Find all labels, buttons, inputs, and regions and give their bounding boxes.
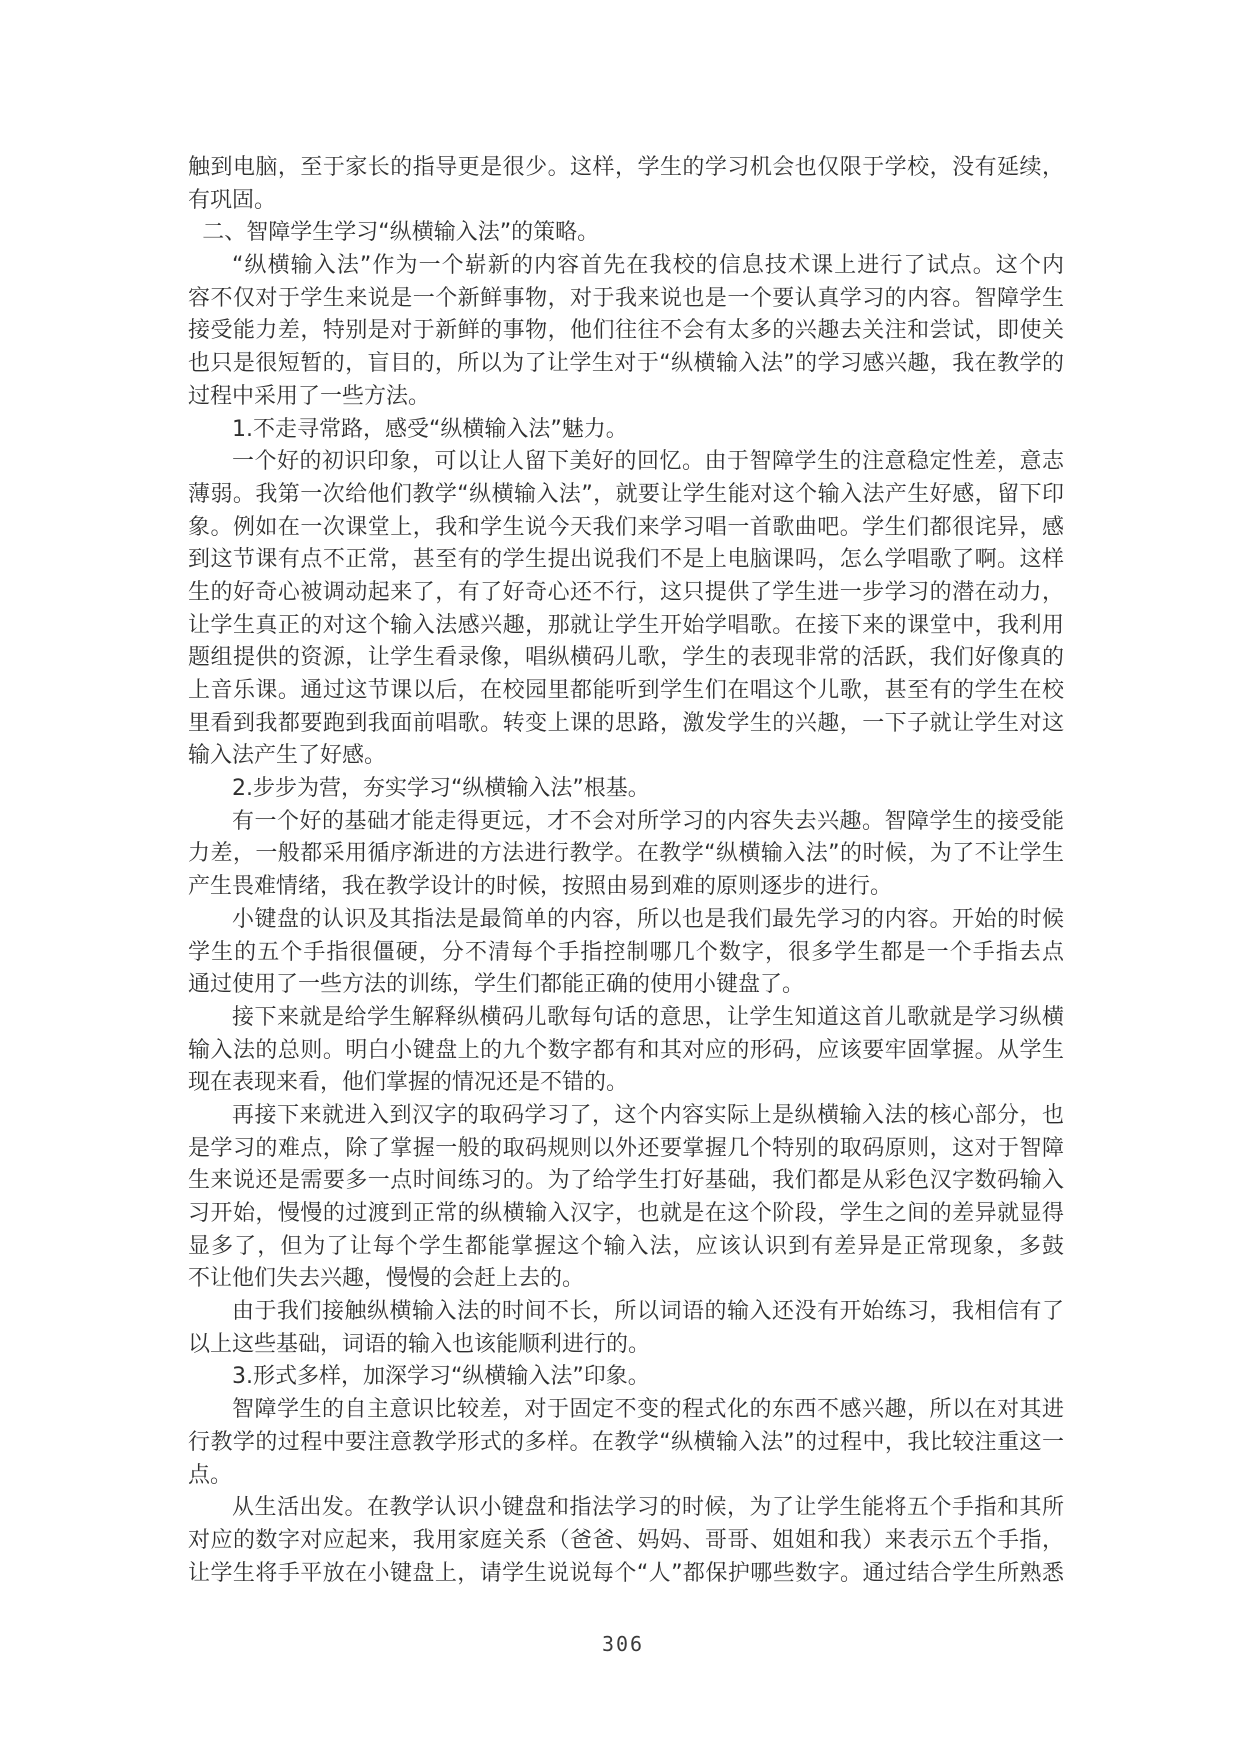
text-line: 有一个好的基础才能走得更远，才不会对所学习的内容失去兴趣。智障学生的接受能 (188, 806, 1064, 839)
text-line: 由于我们接触纵横输入法的时间不长，所以词语的输入还没有开始练习，我相信有了 (188, 1296, 1064, 1329)
text-line: 学生的五个手指很僵硬，分不清每个手指控制哪几个数字，很多学生都是一个手指去点的， (188, 937, 1064, 970)
text-line: 不让他们失去兴趣，慢慢的会赶上去的。 (188, 1263, 1064, 1296)
text-line: 让学生将手平放在小键盘上，请学生说说每个“人”都保护哪些数字。通过结合学生所熟悉 (188, 1558, 1064, 1591)
text-line: 生的好奇心被调动起来了，有了好奇心还不行，这只提供了学生进一步学习的潜在动力，要 (188, 577, 1064, 610)
subsection-heading: 3.形式多样，加深学习“纵横输入法”印象。 (188, 1361, 1064, 1394)
body-text: 触到电脑，至于家长的指导更是很少。这样，学生的学习机会也仅限于学校，没有延续，没… (188, 152, 1064, 1590)
text-line: 薄弱。我第一次给他们教学“纵横输入法”，就要让学生能对这个输入法产生好感，留下印 (188, 479, 1064, 512)
page-number: 306 (0, 1632, 1246, 1656)
text-line: 输入法产生了好感。 (188, 740, 1064, 773)
text-line: 上音乐课。通过这节课以后，在校园里都能听到学生们在唱这个儿歌，甚至有的学生在校园 (188, 675, 1064, 708)
text-line: 小键盘的认识及其指法是最简单的内容，所以也是我们最先学习的内容。开始的时候 (188, 904, 1064, 937)
text-line: 一个好的初识印象，可以让人留下美好的回忆。由于智障学生的注意稳定性差，意志 (188, 446, 1064, 479)
text-line: 显多了，但为了让每个学生都能掌握这个输入法，应该认识到有差异是正常现象，多鼓励， (188, 1231, 1064, 1264)
subsection-heading: 2.步步为营，夯实学习“纵横输入法”根基。 (188, 773, 1064, 806)
text-line: 里看到我都要跑到我面前唱歌。转变上课的思路，激发学生的兴趣，一下子就让学生对这个 (188, 708, 1064, 741)
text-line: 接下来就是给学生解释纵横码儿歌每句话的意思，让学生知道这首儿歌就是学习纵横 (188, 1002, 1064, 1035)
text-line: 是学习的难点，除了掌握一般的取码规则以外还要掌握几个特别的取码原则，这对于智障学 (188, 1133, 1064, 1166)
text-line: 从生活出发。在教学认识小键盘和指法学习的时候，为了让学生能将五个手指和其所 (188, 1492, 1064, 1525)
text-line: 让学生真正的对这个输入法感兴趣，那就让学生开始学唱歌。在接下来的课堂中，我利用课 (188, 610, 1064, 643)
text-line: 也只是很短暂的，盲目的，所以为了让学生对于“纵横输入法”的学习感兴趣，我在教学的 (188, 348, 1064, 381)
text-line: 输入法的总则。明白小键盘上的九个数字都有和其对应的形码，应该要牢固掌握。从学生的 (188, 1035, 1064, 1068)
text-line: 生来说还是需要多一点时间练习的。为了给学生打好基础，我们都是从彩色汉字数码输入练 (188, 1165, 1064, 1198)
text-line: 再接下来就进入到汉字的取码学习了，这个内容实际上是纵横输入法的核心部分，也 (188, 1100, 1064, 1133)
subsection-heading: 1.不走寻常路，感受“纵横输入法”魅力。 (188, 414, 1064, 447)
text-line: 行教学的过程中要注意教学形式的多样。在教学“纵横输入法”的过程中，我比较注重这一 (188, 1427, 1064, 1460)
text-line: 力差，一般都采用循序渐进的方法进行教学。在教学“纵横输入法”的时候，为了不让学生 (188, 838, 1064, 871)
text-line: 习开始，慢慢的过渡到正常的纵横输入汉字，也就是在这个阶段，学生之间的差异就显得明 (188, 1198, 1064, 1231)
text-line: 以上这些基础，词语的输入也该能顺利进行的。 (188, 1329, 1064, 1362)
document-page: 触到电脑，至于家长的指导更是很少。这样，学生的学习机会也仅限于学校，没有延续，没… (0, 0, 1246, 1763)
text-line: 过程中采用了一些方法。 (188, 381, 1064, 414)
text-line: “纵横输入法”作为一个崭新的内容首先在我校的信息技术课上进行了试点。这个内 (188, 250, 1064, 283)
text-line: 接受能力差，特别是对于新鲜的事物，他们往往不会有太多的兴趣去关注和尝试，即使关注 (188, 315, 1064, 348)
text-line: 象。例如在一次课堂上，我和学生说今天我们来学习唱一首歌曲吧。学生们都很诧异，感觉 (188, 512, 1064, 545)
text-line: 现在表现来看，他们掌握的情况还是不错的。 (188, 1067, 1064, 1100)
text-line: 到这节课有点不正常，甚至有的学生提出说我们不是上电脑课吗，怎么学唱歌了啊。这样学 (188, 544, 1064, 577)
text-line: 容不仅对于学生来说是一个新鲜事物，对于我来说也是一个要认真学习的内容。智障学生的 (188, 283, 1064, 316)
text-line: 产生畏难情绪，我在教学设计的时候，按照由易到难的原则逐步的进行。 (188, 871, 1064, 904)
text-line: 点。 (188, 1460, 1064, 1493)
text-line: 题组提供的资源，让学生看录像，唱纵横码儿歌，学生的表现非常的活跃，我们好像真的在 (188, 642, 1064, 675)
text-line: 有巩固。 (188, 185, 1064, 218)
text-line: 智障学生的自主意识比较差，对于固定不变的程式化的东西不感兴趣，所以在对其进 (188, 1394, 1064, 1427)
section-heading: 二、智障学生学习“纵横输入法”的策略。 (188, 217, 1064, 250)
text-line: 触到电脑，至于家长的指导更是很少。这样，学生的学习机会也仅限于学校，没有延续，没 (188, 152, 1064, 185)
text-line: 通过使用了一些方法的训练，学生们都能正确的使用小键盘了。 (188, 969, 1064, 1002)
text-line: 对应的数字对应起来，我用家庭关系（爸爸、妈妈、哥哥、姐姐和我）来表示五个手指，并 (188, 1525, 1064, 1558)
